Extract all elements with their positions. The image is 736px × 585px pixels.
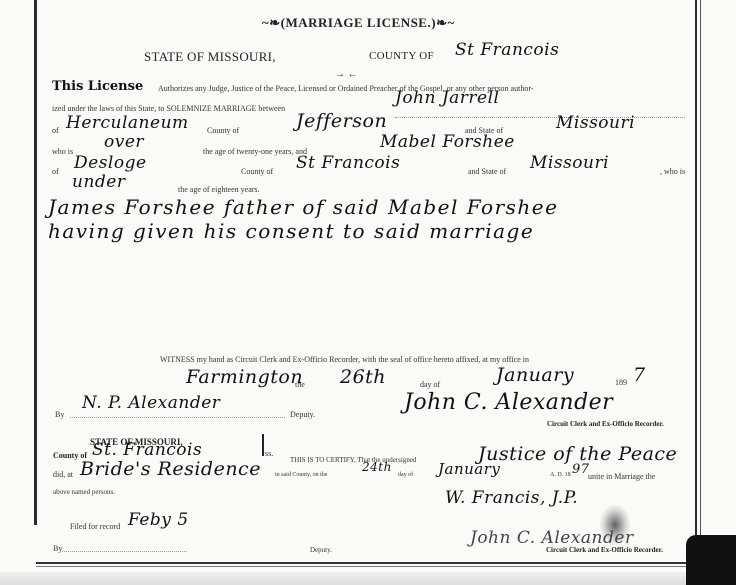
groom-county: Jefferson <box>296 110 387 132</box>
groom-town: Herculaneum <box>66 113 189 133</box>
cert-above-named: above named persons. <box>53 488 115 496</box>
cert-day: 24th <box>362 460 392 474</box>
scan-corner-shadow <box>686 535 736 585</box>
cert-county-value: St. Francois <box>92 440 202 460</box>
witness-place: Farmington <box>186 366 303 388</box>
header-county-label: COUNTY OF <box>369 50 434 62</box>
frame-border-bottom-inner <box>36 566 696 567</box>
document-title: ~❧(MARRIAGE LICENSE.)❧~ <box>262 15 455 31</box>
cert-deputy-label: Deputy. <box>310 546 332 554</box>
cert-in-said-county: in said County, on the <box>275 472 327 478</box>
consent-line-2: having given his consent to said marriag… <box>48 219 534 243</box>
witness-the-label: the <box>295 380 305 389</box>
witness-text: WITNESS my hand as Circuit Clerk and Ex-… <box>160 355 529 364</box>
cert-year: 97 <box>572 462 590 477</box>
witness-by-label: By <box>55 410 64 419</box>
groom-who-is-label: who is <box>52 147 73 156</box>
cert-recorder-title: Circuit Clerk and Ex-Officio Recorder. <box>546 546 663 554</box>
cert-officiant-signature: W. Francis, J.P. <box>445 488 578 508</box>
bride-county: St Francois <box>296 153 400 173</box>
cert-location: Bride's Residence <box>80 458 261 480</box>
license-intro-gothic: This License <box>52 79 143 94</box>
deputy-line <box>70 416 285 418</box>
deputy-signature: N. P. Alexander <box>82 393 220 413</box>
witness-day-of-label: day of <box>420 380 440 389</box>
cert-ad-label: A. D. 18 <box>550 472 571 478</box>
title-text: (MARRIAGE LICENSE.) <box>281 15 436 30</box>
frame-border-right <box>695 0 697 560</box>
groom-name-line <box>395 116 685 118</box>
witness-month: January <box>496 364 574 386</box>
groom-county-label: County of <box>207 126 239 135</box>
consent-line-1: James Forshee father of said Mabel Forsh… <box>48 195 558 219</box>
witness-year-suffix: 7 <box>633 364 646 386</box>
bride-of-label: of <box>52 167 59 176</box>
bride-town: Desloge <box>74 153 147 173</box>
cert-filed-label: Filed for record <box>70 522 120 531</box>
witness-year-prefix: 189 <box>615 378 627 387</box>
page-edge-shadow <box>0 572 736 585</box>
clerk-title: Circuit Clerk and Ex-Officio Recorder. <box>547 420 664 428</box>
cert-unite-text: unite in Marriage the <box>588 472 655 481</box>
bride-name: Mabel Forshee <box>380 132 515 152</box>
bride-state: Missouri <box>530 153 609 173</box>
license-line2-text: ized under the laws of this State, to SO… <box>52 104 285 113</box>
cert-recorder-signature: John C. Alexander <box>470 528 634 548</box>
cert-bracket <box>258 434 264 456</box>
cert-month: January <box>438 460 500 478</box>
cert-did-at-label: did, at <box>53 470 73 479</box>
groom-state: Missouri <box>556 113 635 133</box>
deputy-label: Deputy. <box>290 410 315 419</box>
header-state: STATE OF MISSOURI, <box>144 49 276 65</box>
marriage-license-page: ~❧(MARRIAGE LICENSE.)❧~ STATE OF MISSOUR… <box>0 0 736 585</box>
frame-border-bottom <box>36 562 696 564</box>
decorative-arrows-icon: → ← <box>335 69 358 80</box>
groom-of-label: of <box>52 126 59 135</box>
bride-who-is-end: , who is <box>660 167 685 176</box>
bride-county-label: County of <box>241 167 273 176</box>
frame-border-left <box>34 0 37 525</box>
groom-name: John Jarrell <box>395 88 500 108</box>
cert-by-label: By <box>53 544 62 553</box>
groom-age: over <box>104 132 144 152</box>
witness-day: 26th <box>340 366 386 388</box>
cert-certify-text: THIS IS TO CERTIFY, That the undersigned <box>290 456 416 464</box>
frame-border-right-inner <box>700 0 701 560</box>
header-county-value: St Francois <box>455 40 559 60</box>
ornament-right-icon: ❧~ <box>436 15 455 30</box>
cert-filed-value: Feby 5 <box>128 510 189 530</box>
bride-state-label: and State of <box>468 167 506 176</box>
cert-by-line <box>62 550 187 552</box>
cert-day-of-label: day of <box>398 472 413 478</box>
bride-age: under <box>72 172 125 192</box>
age18-text: the age of eighteen years. <box>178 185 260 194</box>
cert-ss: ss. <box>265 449 273 458</box>
ornament-left-icon: ~❧ <box>262 15 281 30</box>
clerk-signature: John C. Alexander <box>404 390 613 415</box>
age21-text: the age of twenty-one years, and <box>203 147 307 156</box>
